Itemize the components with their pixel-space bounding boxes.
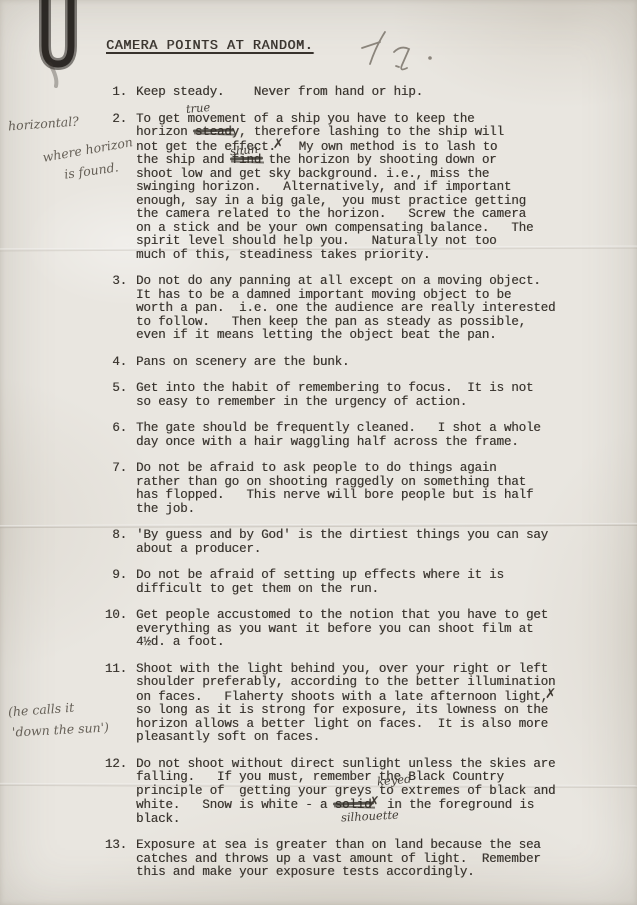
item-text: Get into the habit of remembering to foc… [136, 382, 581, 409]
item-text: Do not be afraid to ask people to do thi… [136, 462, 581, 516]
typed-list: 1.Keep steady. Never from hand or hip.2.… [97, 86, 581, 893]
item-number: 8. [97, 529, 127, 556]
handwritten-margin-note: (he calls it [8, 700, 75, 720]
item-text: Do not do any panning at all except on a… [136, 275, 581, 343]
list-item: 8.'By guess and by God' is the dirtiest … [97, 529, 581, 556]
list-item: 5.Get into the habit of remembering to f… [97, 382, 581, 409]
list-item: 1.Keep steady. Never from hand or hip. [97, 86, 581, 100]
list-item: 6.The gate should be frequently cleaned.… [97, 422, 581, 449]
item-text: The gate should be frequently cleaned. I… [136, 422, 581, 449]
item-number: 10. [97, 609, 127, 650]
struck-word: stead [195, 125, 232, 139]
handwritten-margin-note: 'down the sun') [12, 719, 110, 739]
list-item: 10.Get people accustomed to the notion t… [97, 609, 581, 650]
item-number: 5. [97, 382, 127, 409]
list-item: 2.To get truemovement of a ship you have… [97, 113, 581, 263]
handwritten-x-mark: ✗ [273, 136, 284, 152]
list-item: 13.Exposure at sea is greater than on la… [97, 839, 581, 880]
item-text: Keep steady. Never from hand or hip. [136, 86, 581, 100]
item-text: Shoot with the light behind you, over yo… [136, 663, 581, 745]
item-text: Get people accustomed to the notion that… [136, 609, 581, 650]
item-number: 3. [97, 275, 127, 343]
list-item: 11.Shoot with the light behind you, over… [97, 663, 581, 745]
pencil-scribble [356, 22, 456, 82]
item-number: 1. [97, 86, 127, 100]
handwritten-margin-note: horizontal? [8, 114, 80, 134]
page-title: CAMERA POINTS AT RANDOM. [106, 40, 313, 54]
paperclip-mark-icon [28, 0, 98, 109]
handwritten-x-mark: ✗ [368, 794, 379, 810]
item-number: 13. [97, 839, 127, 880]
item-text: Do not be afraid of setting up effects w… [136, 569, 581, 596]
item-text: To get truemovement of a ship you have t… [136, 113, 581, 263]
item-number: 6. [97, 422, 127, 449]
handwritten-x-mark: ✗ [545, 686, 556, 702]
item-text: Pans on scenery are the bunk. [136, 356, 581, 370]
list-item: 12.Do not shoot without direct sunlight … [97, 758, 581, 827]
item-number: 7. [97, 462, 127, 516]
list-item: 9.Do not be afraid of setting up effects… [97, 569, 581, 596]
document-page: CAMERA POINTS AT RANDOM. 1.Keep steady. … [0, 0, 637, 905]
item-number: 12. [97, 758, 127, 827]
item-text: Do not shoot without direct sunlight unl… [136, 758, 581, 827]
list-item: 7.Do not be afraid to ask people to do t… [97, 462, 581, 516]
item-text: 'By guess and by God' is the dirtiest th… [136, 529, 581, 556]
handwritten-insertion: shun [229, 143, 258, 159]
list-item: 3.Do not do any panning at all except on… [97, 275, 581, 343]
item-number: 9. [97, 569, 127, 596]
list-item: 4.Pans on scenery are the bunk. [97, 356, 581, 370]
item-text: Exposure at sea is greater than on land … [136, 839, 581, 880]
item-number: 4. [97, 356, 127, 370]
